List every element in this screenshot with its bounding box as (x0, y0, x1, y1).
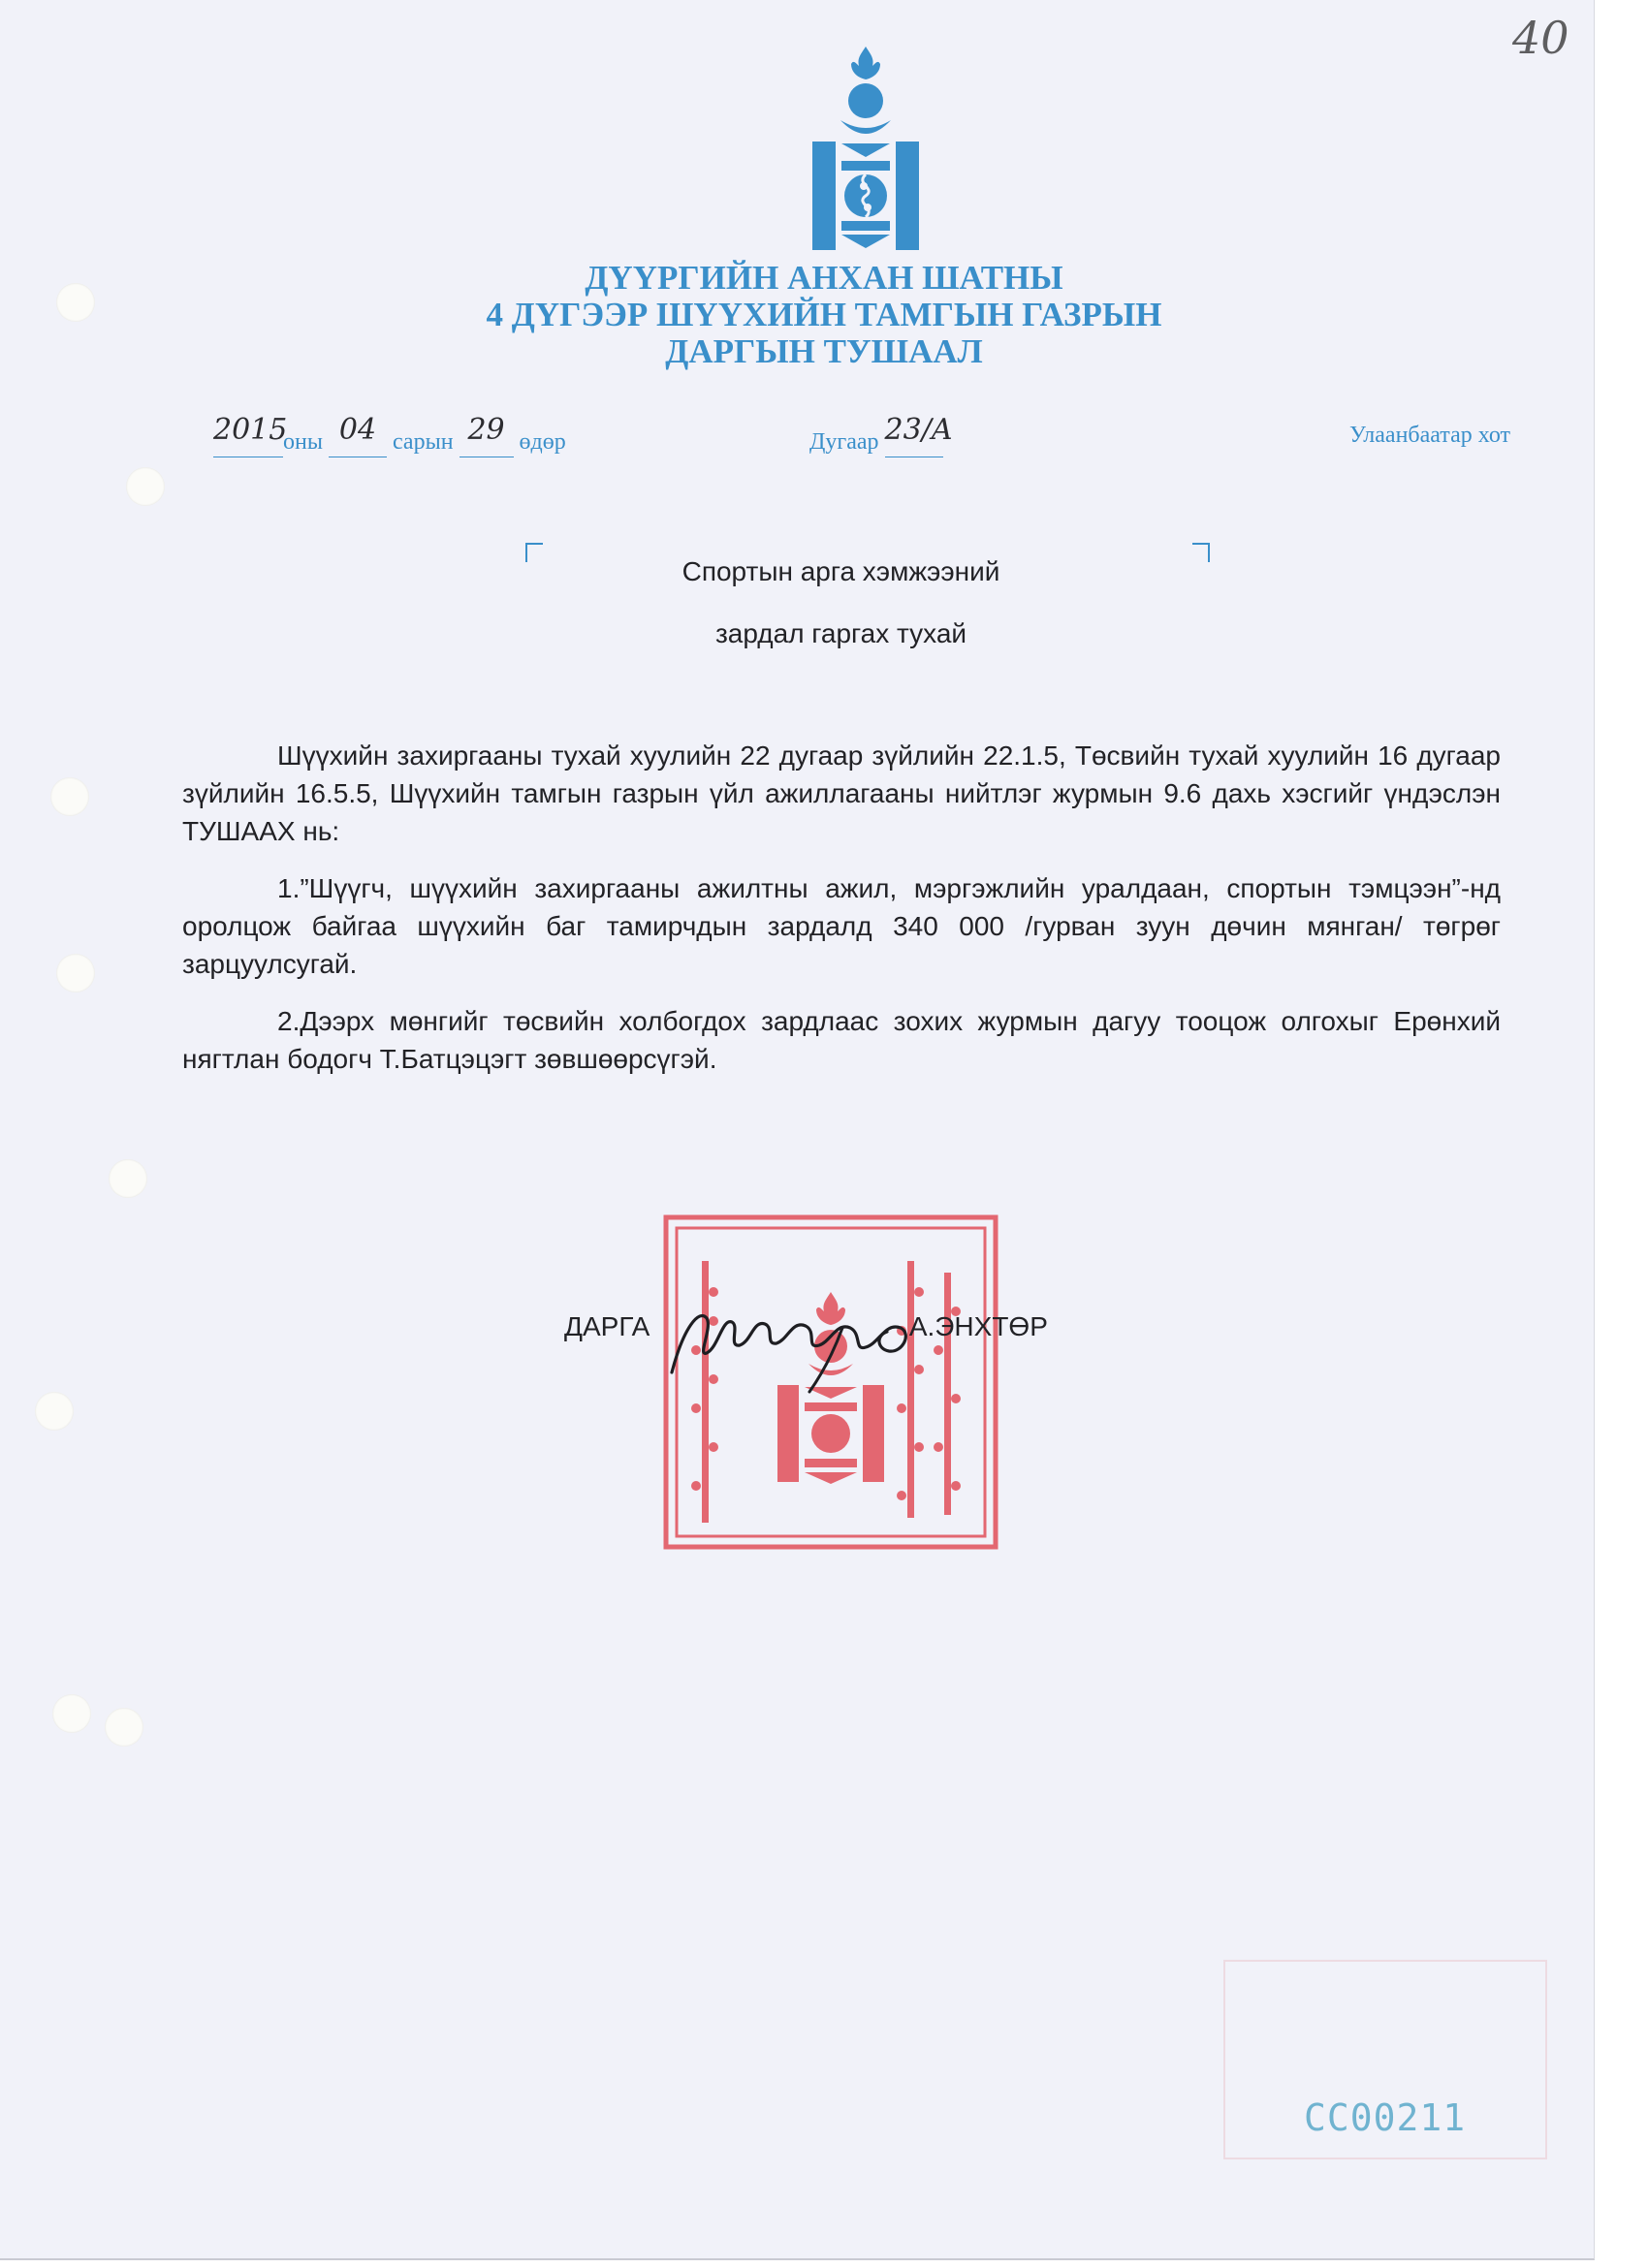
punch-hole (56, 283, 95, 322)
page-number: 40 (1512, 12, 1569, 64)
city-label: Улаанбаатар хот (1349, 423, 1510, 471)
punch-hole (126, 467, 165, 506)
soyombo-emblem-icon (812, 43, 919, 252)
punch-hole (105, 1708, 143, 1747)
day-suffix: өдөр (520, 429, 566, 455)
subject-line-1: Спортын арга хэмжээний (485, 556, 1197, 587)
order-item-2: 2.Дээрх мөнгийг төсвийн холбогдох зардла… (182, 1002, 1501, 1078)
punch-hole (52, 1694, 91, 1733)
signatory-title: ДАРГА (564, 1311, 650, 1341)
order-number-field: Дугаар 23/A (809, 423, 943, 471)
punch-hole (56, 954, 95, 992)
handwritten-signature (664, 1289, 926, 1396)
heading-line-2: 4 ДҮГЭЭР ШҮҮХИЙН ТАМГЫН ГАЗРЫН (291, 297, 1357, 333)
punch-hole (35, 1392, 74, 1431)
date-day: 29 (467, 413, 504, 447)
subject-line-2: зардал гаргах тухай (485, 618, 1197, 649)
order-number: 23/A (885, 413, 953, 447)
heading-line-3: ДАРГЫН ТУШААЛ (291, 333, 1357, 370)
order-item-1: 1.”Шүүгч, шүүхийн захиргааны ажилтны ажи… (182, 869, 1501, 983)
signatory-name: А.ЭНХТӨР (909, 1311, 1048, 1341)
document-page: 40 ДҮҮРГИЙН АНХАН ШАТНЫ 4 ДҮГЭЭР ШҮҮХИЙН… (0, 0, 1595, 2260)
date-field: 2015оны 04 сарын 29 өдөр (213, 423, 566, 471)
order-body: Шүүхийн захиргааны тухай хуулийн 22 дуга… (182, 737, 1501, 1097)
preamble-paragraph: Шүүхийн захиргааны тухай хуулийн 22 дуга… (182, 737, 1501, 850)
number-label: Дугаар (809, 429, 879, 455)
heading-line-1: ДҮҮРГИЙН АНХАН ШАТНЫ (291, 260, 1357, 297)
year-suffix: оны (283, 429, 323, 455)
date-year: 2015 (213, 413, 287, 447)
date-month: 04 (339, 413, 376, 447)
document-heading: ДҮҮРГИЙН АНХАН ШАТНЫ 4 ДҮГЭЭР ШҮҮХИЙН ТА… (291, 260, 1357, 370)
punch-hole (50, 777, 89, 816)
month-suffix: сарын (393, 429, 454, 455)
punch-hole (109, 1159, 147, 1198)
registration-number: CC00211 (1304, 2096, 1466, 2139)
